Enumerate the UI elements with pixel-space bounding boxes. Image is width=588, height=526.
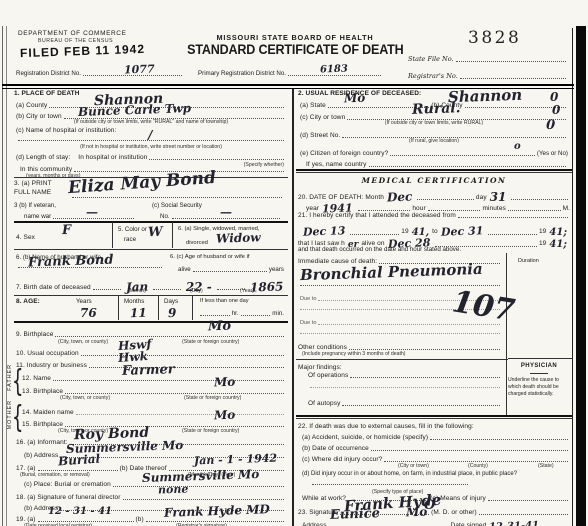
operations-line2 <box>308 386 502 389</box>
death-hour-label: hour <box>412 205 425 212</box>
dotted-line <box>89 366 284 368</box>
lastsaw-year-value: 41; <box>549 240 567 250</box>
age-years-header: Years <box>76 298 92 305</box>
due-to-label2: Due to <box>300 320 316 326</box>
place-of-death-section: 1. PLACE OF DEATH <box>14 90 80 97</box>
ss-line-row: No. — <box>160 213 282 220</box>
marital-label2: divorced <box>186 240 208 246</box>
country-row: If yes, name country <box>306 161 568 168</box>
certify-row4: and that death occurred on the date and … <box>298 246 461 253</box>
veteran-label-row: 3 (b) If veteran, <box>14 202 56 209</box>
physician-note: Underline the cause to which death shoul… <box>508 377 570 398</box>
board-name: MISSOURI STATE BOARD OF HEALTH <box>200 33 390 42</box>
external-d-row: (d) Did injury occur in or about home, o… <box>302 471 517 477</box>
husband-age-unit: years <box>269 266 284 273</box>
age-years-value: 76 <box>80 307 97 319</box>
birthdate-label: 7. Birth date of deceased <box>16 284 91 291</box>
year-pre1: 19 <box>401 228 408 235</box>
age-hr-min-row: hr. min. <box>198 310 284 317</box>
birthdate-day-note: (Day) <box>190 288 203 294</box>
external-c-note2: (County) <box>468 463 488 469</box>
fullname-line <box>70 196 284 199</box>
external-c-label: (c) Where did injury occur? <box>302 456 382 463</box>
husband-age-label: 6. (c) Age of husband or wife if <box>170 254 250 260</box>
rule-line <box>14 221 288 223</box>
autopsy-row: Of autopsy <box>308 400 502 407</box>
dotted-line <box>428 209 481 211</box>
ss-label2: No. <box>160 213 170 220</box>
date-of-death-label: 20. DATE OF DEATH: Month <box>298 194 384 201</box>
father-bp-note1: (City, town, or county) <box>60 395 110 401</box>
external-a-label: (a) Accident, suicide, or homicide (spec… <box>302 434 428 441</box>
dotted-line <box>508 209 561 211</box>
dotted-line <box>113 485 284 487</box>
dotted-line <box>350 376 500 378</box>
city-value: Bunce Carle Twp <box>78 102 191 118</box>
burial-date-value: Jan - 1 - 1942 <box>194 453 277 467</box>
dotted-line <box>318 323 500 325</box>
color-row: 5. Color or <box>118 226 147 233</box>
dotted-line <box>371 449 568 451</box>
dotted-line <box>72 196 282 198</box>
birthplace-label: 9. Birthplace <box>16 331 53 338</box>
dotted-line <box>65 392 284 394</box>
husband-name-line: Frank Bond <box>16 266 164 269</box>
residence-city-value: Rural. <box>412 101 461 117</box>
veteran-label2: name war <box>24 213 51 220</box>
hospital-note: (If not in hospital or institution, writ… <box>80 144 222 150</box>
funeral-director-row: 18. (a) Signature of funeral director no… <box>16 494 286 501</box>
dotted-line <box>310 386 500 388</box>
registrar-date-value: 12 - 31 - 41 <box>48 507 112 517</box>
dotted-line <box>349 348 500 350</box>
other-conditions-row: Other conditions <box>298 344 502 351</box>
left-margin-line <box>2 26 3 526</box>
veteran-value: — <box>86 206 98 218</box>
state-file-label: State File No. <box>408 55 454 63</box>
citizen-mark: o <box>514 142 521 152</box>
state-file-row: State File No. <box>408 55 568 63</box>
occupation-label: 10. Usual occupation <box>16 350 79 357</box>
rule-line <box>296 415 572 417</box>
year-pre2: 19 <box>539 228 546 235</box>
primary-district-label: Primary Registration District No. <box>198 70 286 77</box>
dotted-line <box>342 404 500 406</box>
citizen-row: (e) Citizen of foreign country? (Yes or … <box>300 150 568 157</box>
external-c-row: (c) Where did injury occur? <box>302 456 570 463</box>
external-a-row: (a) Accident, suicide, or homicide (spec… <box>302 434 570 441</box>
due-to-label1: Due to <box>300 296 316 302</box>
left-margin-line-2 <box>6 26 7 526</box>
sex-row: 4. Sex <box>16 234 35 241</box>
sex-value: F <box>62 224 72 237</box>
marital-row2: divorced <box>186 240 208 246</box>
father-name-value: Farmer <box>122 363 175 378</box>
dotted-line <box>200 314 230 316</box>
work-label: While at work? <box>302 495 346 502</box>
other-conditions-note: (Include pregnancy within 3 months of de… <box>302 351 406 357</box>
father-birthplace-label: 13. Birthplace <box>22 388 63 395</box>
burial-place-label: (c) Place: Burial or cremation <box>24 481 111 488</box>
hospital-note-row: (If not in hospital or institution, writ… <box>14 144 288 150</box>
doc-title: STANDARD CERTIFICATE OF DEATH <box>184 42 406 57</box>
filed-stamp: FILED FEB 11 1942 <box>20 42 145 60</box>
dotted-line <box>81 354 284 356</box>
age-less-header: If less than one day <box>200 298 249 304</box>
city-note: (If outside city or town limits, write "… <box>74 119 228 125</box>
residence-state-value: Mo <box>344 92 366 105</box>
cell-divider <box>112 222 113 248</box>
age-label: 8. AGE: <box>16 298 40 305</box>
sex-label: 4. Sex <box>16 234 35 241</box>
birthdate-year: 1865 <box>249 280 283 293</box>
husband-age-label-row: 6. (c) Age of husband or wife if <box>170 254 250 260</box>
date-of-death-row: 20. DATE OF DEATH: Month Dec day 31 <box>298 189 570 201</box>
physician-title-row: PHYSICIAN <box>508 363 570 369</box>
age-days-value: 9 <box>168 307 177 319</box>
age-months-value: 11 <box>130 307 147 320</box>
veteran-label1: 3 (b) If veteran, <box>14 202 56 209</box>
signature-address-row: Address Date signed 12-31-41 Eunice Mo <box>302 520 570 526</box>
fullname-value: Eliza May Bond <box>68 170 217 197</box>
cell-divider <box>118 296 119 320</box>
mother-brace: { <box>12 400 23 436</box>
duration-box-line <box>506 253 507 417</box>
birthplace-value: Mo <box>208 320 232 334</box>
death-day-label: day <box>476 194 487 201</box>
primary-district-row: Primary Registration District No. 6183 <box>198 70 383 77</box>
registrar-label-a: 19. (a) <box>16 516 36 523</box>
hospital-label: (c) Name of hospital or institution: <box>16 127 116 134</box>
external-c-note3: (State) <box>538 463 554 469</box>
informant-label: 16. (a) Informant: <box>16 439 68 446</box>
age-months-header: Months <box>124 298 144 305</box>
residence-street-note-row: (If rural, give location) <box>296 138 572 144</box>
certify-row1: 21. I hereby certify that I attended the… <box>298 212 570 219</box>
mother-birthplace-row: 15. Birthplace Mo <box>22 421 286 428</box>
dotted-line <box>458 216 568 218</box>
dotted-line <box>369 165 566 167</box>
dotted-line <box>390 154 535 156</box>
autopsy-label: Of autopsy <box>308 400 340 407</box>
external-d-label: (d) Did injury occur in or about home, o… <box>302 471 517 477</box>
certify-line1: 21. I hereby certify that I attended the… <box>298 212 456 219</box>
fullname-label2-row: FULL NAME <box>14 189 51 196</box>
scan-edge-bar <box>576 26 586 526</box>
external-b-row: (b) Date of occurrence <box>302 445 570 452</box>
dotted-line <box>460 77 566 79</box>
citizen-label: (e) Citizen of foreign country? <box>300 150 388 157</box>
husband-name-value: Frank Bond <box>28 254 114 270</box>
physician-box-top <box>508 358 572 359</box>
findings-row: Major findings: <box>298 364 342 371</box>
dotted-line <box>479 513 568 515</box>
death-certificate-scan: DEPARTMENT OF COMMERCE BUREAU OF THE CEN… <box>0 0 588 526</box>
dotted-line <box>312 483 468 485</box>
signature-address-label: Address <box>302 522 327 526</box>
external-b-label: (b) Date of occurrence <box>302 445 369 452</box>
age-min-label: min. <box>272 310 284 317</box>
death-minute-label: minutes <box>482 205 505 212</box>
rule-line <box>14 295 288 296</box>
dept-line1: DEPARTMENT OF COMMERCE <box>18 30 127 37</box>
dotted-line <box>38 469 118 471</box>
registrar-label-b: (b) <box>136 516 144 523</box>
residence-street-mark: 0 <box>546 119 556 132</box>
father-name-row: 12. Name Farmer <box>22 375 286 382</box>
external-intro-row: 22. If death was due to external causes,… <box>298 423 474 430</box>
right-border-line <box>572 28 573 526</box>
age-days-header: Days <box>164 298 178 305</box>
dotted-line <box>149 158 284 160</box>
signature-address-value2: Mo <box>406 506 428 519</box>
certify-line3: and that death occurred on the date and … <box>298 246 461 253</box>
dotted-line <box>300 332 500 334</box>
ss-label1: (c) Social Security <box>152 202 202 209</box>
date-signed-label: Date signed <box>451 522 487 526</box>
rule-line <box>14 321 288 323</box>
country-label: If yes, name country <box>306 161 367 168</box>
registration-district-row: Registration District No. 1077 <box>16 70 184 77</box>
dotted-line <box>511 198 568 200</box>
cause-line-row3 <box>298 332 502 335</box>
residence-city-note-row: (If outside city or town limits, write R… <box>296 120 572 126</box>
other-conditions-label: Other conditions <box>298 344 347 351</box>
fullname-label2: FULL NAME <box>14 189 51 196</box>
industry-value: Hwk <box>118 350 149 364</box>
registrar-no-row: Registrar's No. <box>408 72 568 80</box>
dotted-line <box>465 106 566 108</box>
to-label: to <box>432 228 438 235</box>
stay-label2: In hospital or institution <box>78 154 147 161</box>
residence-city-note: (If outside city or town limits, write R… <box>385 120 483 126</box>
rule-line <box>296 172 572 173</box>
md-label: (M. D. or other) <box>431 509 477 516</box>
father-birthplace-value: Mo <box>214 376 236 389</box>
burial-value: Burial <box>58 453 101 468</box>
immediate-cause-value: Bronchial Pneumonia <box>300 262 483 283</box>
certificate-number: 3828 <box>468 28 521 48</box>
age-label-row: 8. AGE: <box>16 298 40 305</box>
primary-district-value: 6183 <box>320 65 348 76</box>
age-hr-label: hr. <box>232 310 239 317</box>
dotted-line <box>488 233 537 235</box>
rule-line <box>296 169 572 171</box>
physician-title: PHYSICIAN <box>521 363 557 369</box>
mother-birthplace-label: 15. Birthplace <box>22 421 63 428</box>
color-label1: 5. Color or <box>118 226 147 233</box>
veteran-line-row: name war — <box>24 213 136 220</box>
year-pre3: 19 <box>539 240 546 247</box>
citizen-note: (Yes or No) <box>537 150 568 157</box>
board-name-text: MISSOURI STATE BOARD OF HEALTH <box>217 33 374 42</box>
burial-place-row: (c) Place: Burial or cremation Summersvi… <box>24 481 286 488</box>
burial-note: (Burial, cremation, or removal) <box>20 472 90 478</box>
community-label: In this community <box>20 166 72 173</box>
medical-certification-header: MEDICAL CERTIFICATION <box>296 176 572 185</box>
birthdate-month-note: (Month) <box>128 288 146 294</box>
father-bp-note2: (State or foreign country) <box>184 395 241 401</box>
dept-line1-text: DEPARTMENT OF COMMERCE <box>18 30 127 37</box>
doc-title-text: STANDARD CERTIFICATE OF DEATH <box>187 42 403 57</box>
dotted-line <box>384 460 568 462</box>
fullname-label1: 3. (a) PRINT <box>14 180 52 187</box>
death-year-row: year 1941 hour minutes M. <box>306 201 570 212</box>
physician-dash <box>530 373 548 374</box>
cell-divider <box>172 222 173 248</box>
mother-bp-note2: (State or foreign country) <box>182 428 239 434</box>
husband-age-label2: alive <box>178 266 191 273</box>
dotted-line <box>93 288 121 290</box>
death-m-label: M. <box>563 205 570 212</box>
place-of-death-title: 1. PLACE OF DEATH <box>14 90 80 97</box>
father-name-label: 12. Name <box>22 375 51 382</box>
dotted-line <box>123 498 284 500</box>
hospital-label-row: (c) Name of hospital or institution: <box>16 127 116 134</box>
husband-age-line: alive years <box>178 266 284 273</box>
findings-label: Major findings: <box>298 364 342 371</box>
residence-county-mark: 0 <box>550 91 558 103</box>
marital-value: Widow <box>216 231 261 245</box>
rule-line <box>296 418 572 419</box>
residence-city-mark: 0 <box>552 104 560 116</box>
certify-row2: Dec 13 19 41, to Dec 31 19 41; <box>300 224 570 236</box>
dotted-line <box>417 198 474 200</box>
dotted-line <box>76 413 284 415</box>
certificate-number-text: 3828 <box>468 28 521 48</box>
stay-row: (d) Length of stay: In hospital or insti… <box>16 154 286 161</box>
ss-label-row: (c) Social Security <box>152 202 202 209</box>
registrar-no-label: Registrar's No. <box>408 72 458 80</box>
dotted-line <box>430 438 568 440</box>
informant-address-label: (b) Address <box>24 452 58 459</box>
occupation-row: 10. Usual occupation Hswf <box>16 350 286 357</box>
stay-label: (d) Length of stay: <box>16 154 70 161</box>
birthdate-year-note: (Year) <box>240 288 254 294</box>
registration-district-label: Registration District No. <box>16 70 81 77</box>
cell-divider <box>158 296 159 320</box>
fullname-label1-row: 3. (a) PRINT <box>14 180 52 187</box>
registrar-row: 19. (a) (b) 12 - 31 - 41 Frank Hyde MD <box>16 516 286 523</box>
operations-label: Of operations <box>308 372 348 379</box>
dotted-line <box>146 520 284 522</box>
birthplace-note1: (City, town, or county) <box>58 339 108 345</box>
hospital-line-row: / <box>16 139 286 142</box>
death-year-label: year <box>306 205 319 212</box>
father-birthplace-row: 13. Birthplace Mo <box>22 388 286 395</box>
dotted-line <box>488 499 568 501</box>
filed-stamp-text: FILED FEB 11 1942 <box>20 42 145 60</box>
dotted-line <box>456 60 566 62</box>
dotted-line <box>55 335 284 337</box>
burial-label: 17. (a) <box>16 465 36 472</box>
cell-divider <box>192 296 193 320</box>
dotted-line <box>350 233 399 235</box>
mother-birthplace-value: Mo <box>214 409 236 422</box>
county-label: (a) County <box>16 102 47 109</box>
ss-value: — <box>220 206 232 218</box>
city-note-row: (If outside city or town limits, write "… <box>14 119 288 125</box>
dotted-line <box>193 270 267 272</box>
industry-label: 11. Industry or business <box>16 362 87 369</box>
medical-certification-title: MEDICAL CERTIFICATION <box>362 176 507 185</box>
registrar-sig-value: Frank Hyde MD <box>164 503 270 519</box>
external-c-note1: (City or town) <box>398 463 429 469</box>
maiden-name-label: 14. Maiden name <box>22 409 74 416</box>
residence-street-note: (If rural, give location) <box>409 138 459 144</box>
funeral-director-label: 18. (a) Signature of funeral director <box>16 494 121 501</box>
header-rule-heavy <box>2 84 574 86</box>
dotted-line <box>358 209 411 211</box>
external-d-line <box>310 483 470 486</box>
rule-line <box>296 359 508 360</box>
maiden-name-row: 14. Maiden name <box>22 409 286 416</box>
dotted-line <box>153 288 181 290</box>
color-value: W <box>148 226 163 240</box>
signature-address-value: Eunice <box>330 507 380 522</box>
duration-label: Duration <box>518 258 539 264</box>
hospital-value: / <box>148 129 152 141</box>
date-signed-value: 12-31-41 <box>489 521 539 526</box>
residence-state-label: (a) State <box>300 102 326 109</box>
dotted-line <box>38 520 134 522</box>
column-divider <box>292 89 294 526</box>
operations-row: Of operations <box>308 372 502 379</box>
birthplace-note2: (State or foreign country) <box>182 339 239 345</box>
dotted-line <box>241 314 271 316</box>
funeral-director-value: none <box>158 483 189 495</box>
burial-place-value: Summersville Mo <box>142 468 260 484</box>
registration-district-value: 1077 <box>124 63 155 75</box>
color-row2: race <box>124 236 136 243</box>
external-intro: 22. If death was due to external causes,… <box>298 423 474 430</box>
dotted-line <box>53 379 284 381</box>
rule-line <box>14 249 288 250</box>
color-label2: race <box>124 236 136 243</box>
